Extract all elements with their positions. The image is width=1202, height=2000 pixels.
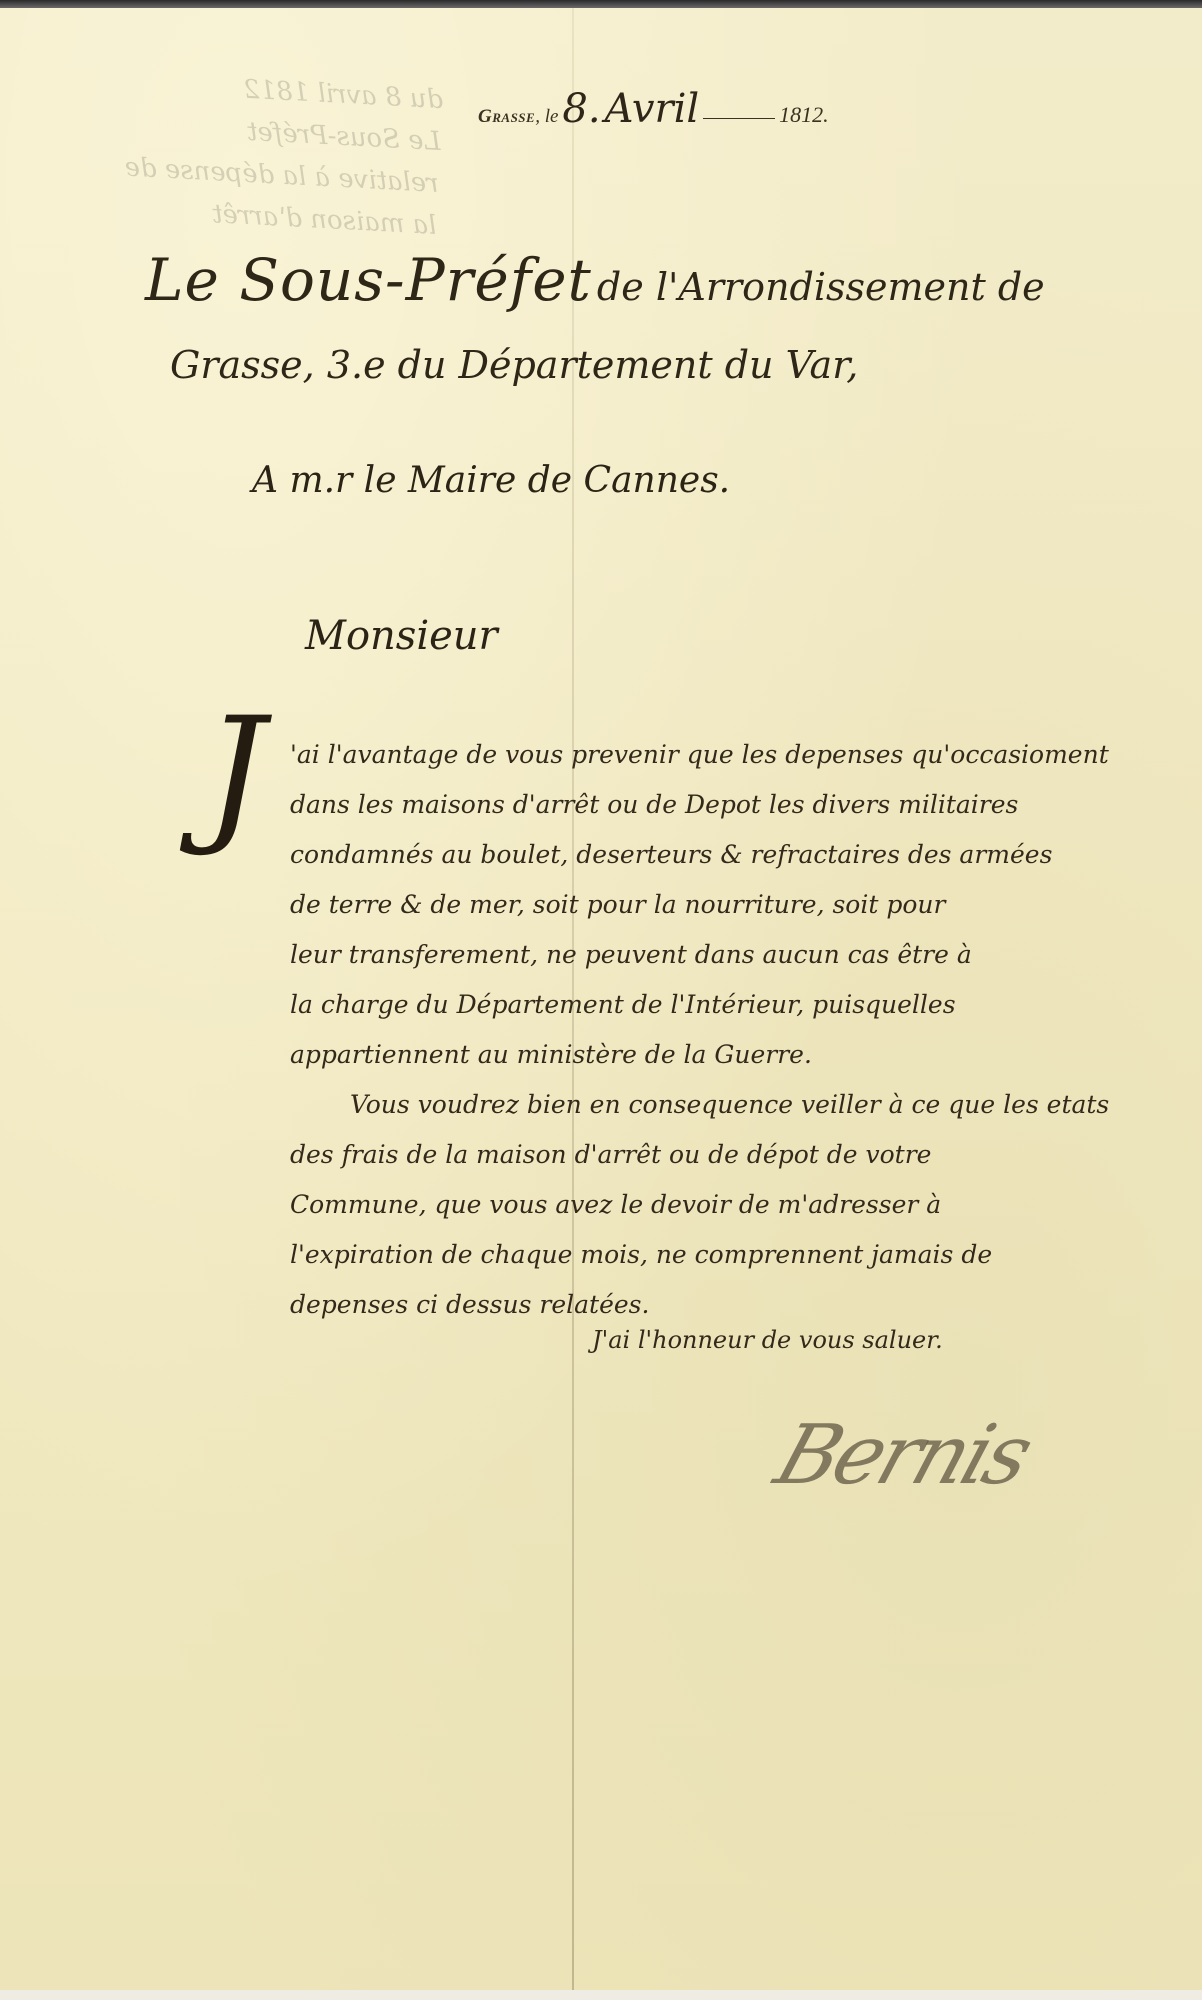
paragraph-2: Vous voudrez bien en consequence veiller… <box>290 1080 1190 1330</box>
bleed-through-text: du 8 avril 1812 Le Sous-Préfet relative … <box>16 57 444 247</box>
body-line: dans les maisons d'arrêt ou de Depot les… <box>290 780 1190 830</box>
dateline-year: 1812. <box>779 102 829 127</box>
dateline-day: 8. <box>562 86 600 132</box>
letterhead-department: Grasse, 3.e du Département du Var, <box>170 343 858 387</box>
letterhead-line-1: Le Sous-Préfet de l'Arrondissement de <box>145 246 1045 314</box>
dateline-city: Grasse <box>478 106 535 127</box>
dateline-dash <box>703 118 775 119</box>
addressee: A m.r le Maire de Cannes. <box>252 460 730 501</box>
body-line: de terre & de mer, soit pour la nourritu… <box>290 880 1190 930</box>
letter-page: du 8 avril 1812 Le Sous-Préfet relative … <box>0 8 1202 1990</box>
body-line: 'ai l'avantage de vous prevenir que les … <box>290 730 1190 780</box>
body-line: l'expiration de chaque mois, ne comprenn… <box>290 1230 1190 1280</box>
dateline-month: Avril <box>605 86 700 132</box>
letterhead-title: Le Sous-Préfet <box>145 246 592 314</box>
letter-body: 'ai l'avantage de vous prevenir que les … <box>290 730 1190 1330</box>
letterhead-line-2: Grasse, 3.e du Département du Var, <box>170 343 858 387</box>
body-line: depenses ci dessus relatées. <box>290 1280 1190 1330</box>
body-line: Vous voudrez bien en consequence veiller… <box>290 1080 1190 1130</box>
closing-formula: J'ai l'honneur de vous saluer. <box>592 1326 943 1354</box>
body-line: la charge du Département de l'Intérieur,… <box>290 980 1190 1030</box>
signature: Bernis <box>770 1378 1030 1548</box>
body-line: leur transferement, ne peuvent dans aucu… <box>290 930 1190 980</box>
dateline-separator: , le <box>535 106 558 127</box>
dateline: Grasse, le 8. Avril1812. <box>478 86 829 132</box>
scan-top-edge <box>0 0 1202 8</box>
letterhead-arrondissement: de l'Arrondissement de <box>597 265 1045 309</box>
salutation: Monsieur <box>305 613 498 659</box>
body-line: appartiennent au ministère de la Guerre. <box>290 1030 1190 1080</box>
paragraph-1: 'ai l'avantage de vous prevenir que les … <box>290 730 1190 1080</box>
drop-cap: J <box>205 698 265 848</box>
body-line: des frais de la maison d'arrêt ou de dép… <box>290 1130 1190 1180</box>
body-line: Commune, que vous avez le devoir de m'ad… <box>290 1180 1190 1230</box>
body-line: condamnés au boulet, deserteurs & refrac… <box>290 830 1190 880</box>
scan-bottom-edge <box>0 1990 1202 2000</box>
signature-text: Bernis <box>765 1408 1041 1503</box>
